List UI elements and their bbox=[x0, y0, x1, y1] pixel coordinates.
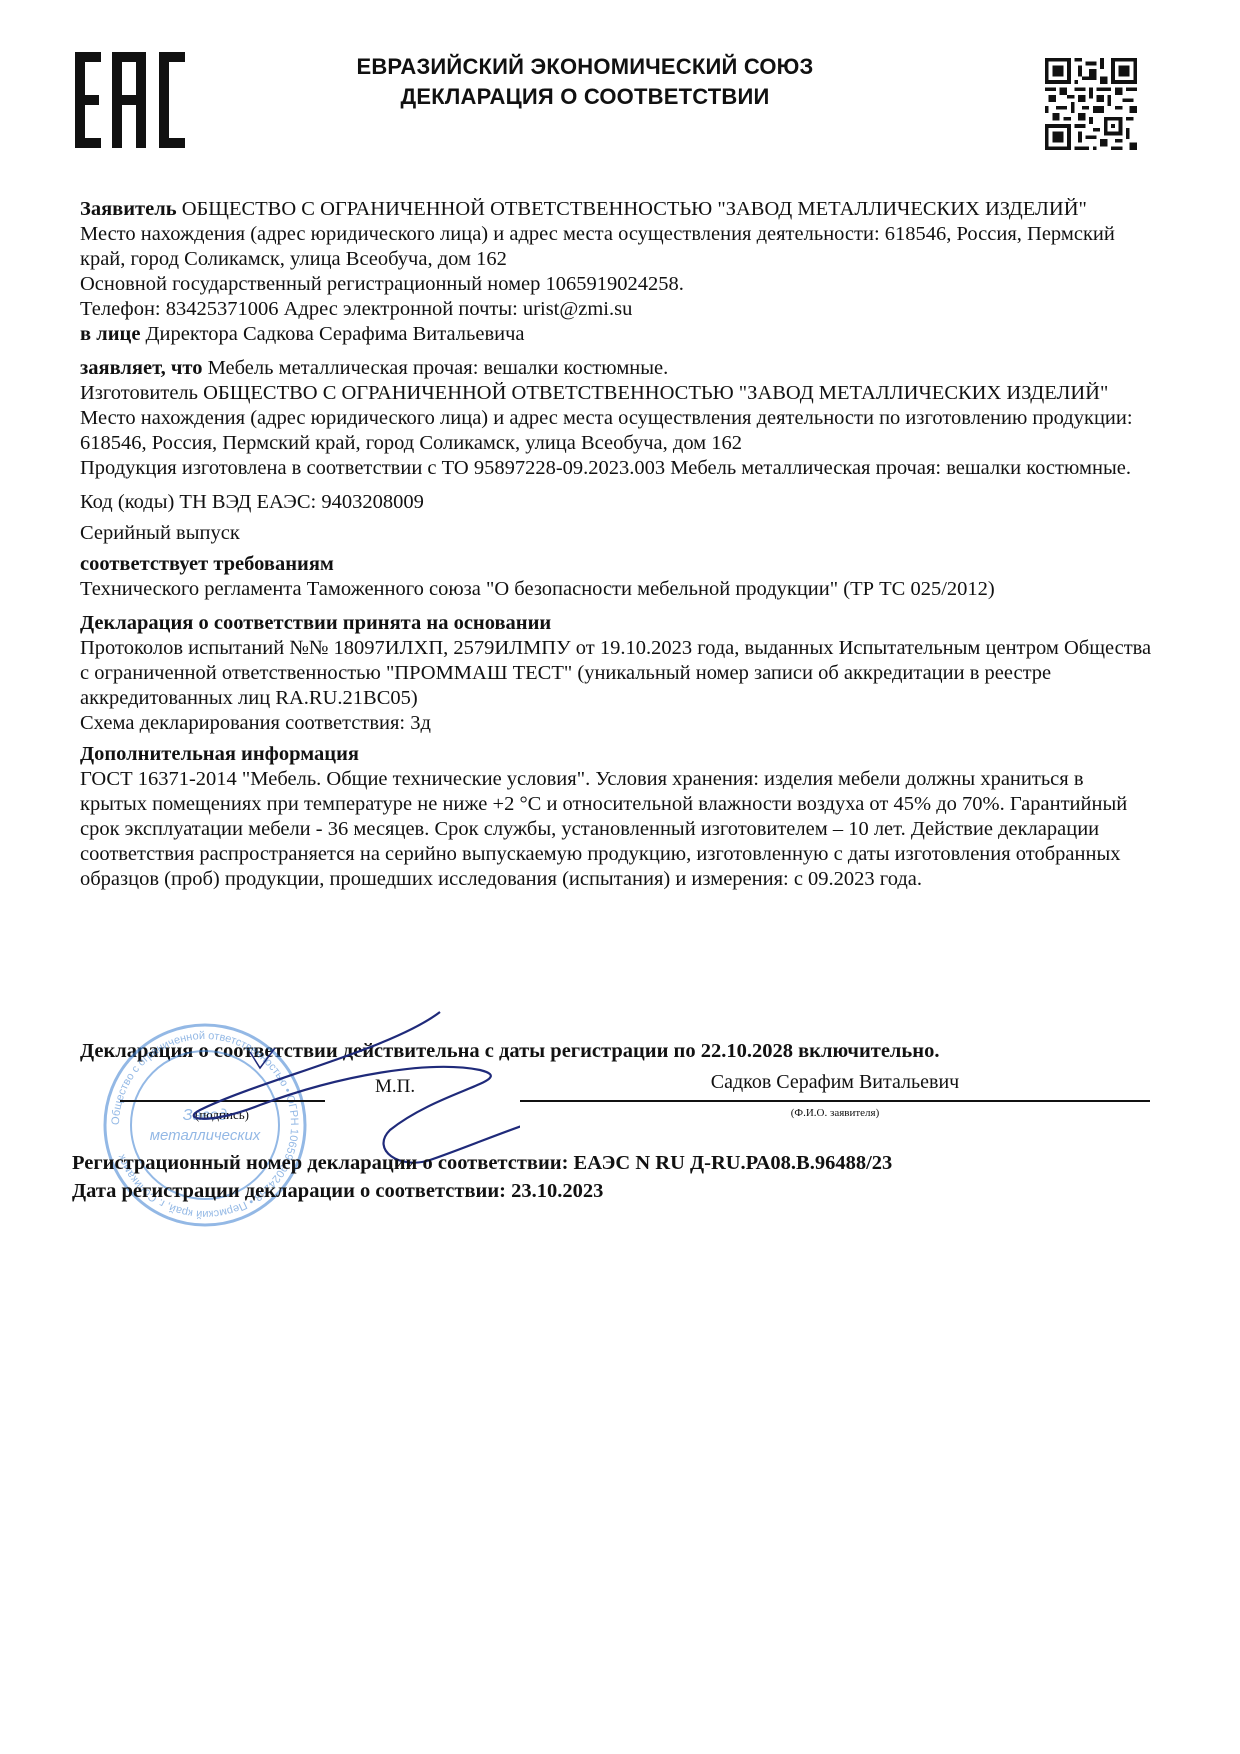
applicant-ogrn: Основной государственный регистрационный… bbox=[80, 272, 1155, 297]
stamp-place-label: М.П. bbox=[375, 1076, 415, 1098]
applicant-name: ОБЩЕСТВО С ОГРАНИЧЕННОЙ ОТВЕТСТВЕННОСТЬЮ… bbox=[177, 198, 1087, 220]
qr-code-icon bbox=[1045, 57, 1137, 151]
declaration-body: Заявитель ОБЩЕСТВО С ОГРАНИЧЕННОЙ ОТВЕТС… bbox=[80, 197, 1155, 892]
product-name: Мебель металлическая прочая: вешалки кос… bbox=[202, 357, 668, 379]
regulation: Технического регламента Таможенного союз… bbox=[80, 577, 1155, 602]
svg-text:металлических: металлических bbox=[150, 1127, 261, 1144]
manufacturer-address: Место нахождения (адрес юридического лиц… bbox=[80, 406, 1155, 456]
signature-line bbox=[120, 1100, 325, 1102]
additional-label: Дополнительная информация bbox=[80, 743, 359, 765]
basis-label: Декларация о соответствии принята на осн… bbox=[80, 612, 551, 634]
additional-heading: Дополнительная информация bbox=[80, 742, 1155, 767]
validity-statement: Декларация о соответствии действительна … bbox=[80, 1040, 939, 1063]
hs-code: Код (коды) ТН ВЭД ЕАЭС: 9403208009 bbox=[80, 490, 1155, 515]
title-line-declaration: ДЕКЛАРАЦИЯ О СООТВЕТСТВИИ bbox=[200, 82, 970, 112]
document-title: ЕВРАЗИЙСКИЙ ЭКОНОМИЧЕСКИЙ СОЮЗ ДЕКЛАРАЦИ… bbox=[200, 52, 970, 112]
applicant-line: Заявитель ОБЩЕСТВО С ОГРАНИЧЕННОЙ ОТВЕТС… bbox=[80, 197, 1155, 222]
scheme: Схема декларирования соответствия: 3д bbox=[80, 711, 1155, 736]
title-line-union: ЕВРАЗИЙСКИЙ ЭКОНОМИЧЕСКИЙ СОЮЗ bbox=[200, 52, 970, 82]
applicant-label: Заявитель bbox=[80, 198, 177, 220]
signer-caption: (Ф.И.О. заявителя) bbox=[520, 1107, 1150, 1119]
registration-date: Дата регистрации декларации о соответств… bbox=[72, 1180, 603, 1203]
declares-label: заявляет, что bbox=[80, 357, 202, 379]
registration-number: Регистрационный номер декларации о соотв… bbox=[72, 1152, 892, 1175]
eac-logo-icon bbox=[75, 52, 185, 148]
representative-line: в лице Директора Садкова Серафима Виталь… bbox=[80, 322, 1155, 347]
applicant-contacts: Телефон: 83425371006 Адрес электронной п… bbox=[80, 297, 1155, 322]
complies-heading: соответствует требованиям bbox=[80, 552, 1155, 577]
signer-name-line bbox=[520, 1100, 1150, 1102]
production-type: Серийный выпуск bbox=[80, 521, 1155, 546]
additional-info: ГОСТ 16371-2014 "Мебель. Общие техническ… bbox=[80, 767, 1155, 892]
representative-label: в лице bbox=[80, 323, 140, 345]
basis-heading: Декларация о соответствии принята на осн… bbox=[80, 611, 1155, 636]
made-per-spec: Продукция изготовлена в соответствии с Т… bbox=[80, 456, 1155, 481]
manufacturer: Изготовитель ОБЩЕСТВО С ОГРАНИЧЕННОЙ ОТВ… bbox=[80, 381, 1155, 406]
basis-text: Протоколов испытаний №№ 18097ИЛХП, 2579И… bbox=[80, 636, 1155, 711]
applicant-address: Место нахождения (адрес юридического лиц… bbox=[80, 222, 1155, 272]
complies-label: соответствует требованиям bbox=[80, 553, 334, 575]
signer-name: Садков Серафим Витальевич bbox=[520, 1071, 1150, 1094]
signature-caption: (подпись) bbox=[195, 1107, 249, 1123]
representative-name: Директора Садкова Серафима Витальевича bbox=[140, 323, 524, 345]
declares-line: заявляет, что Мебель металлическая проча… bbox=[80, 356, 1155, 381]
